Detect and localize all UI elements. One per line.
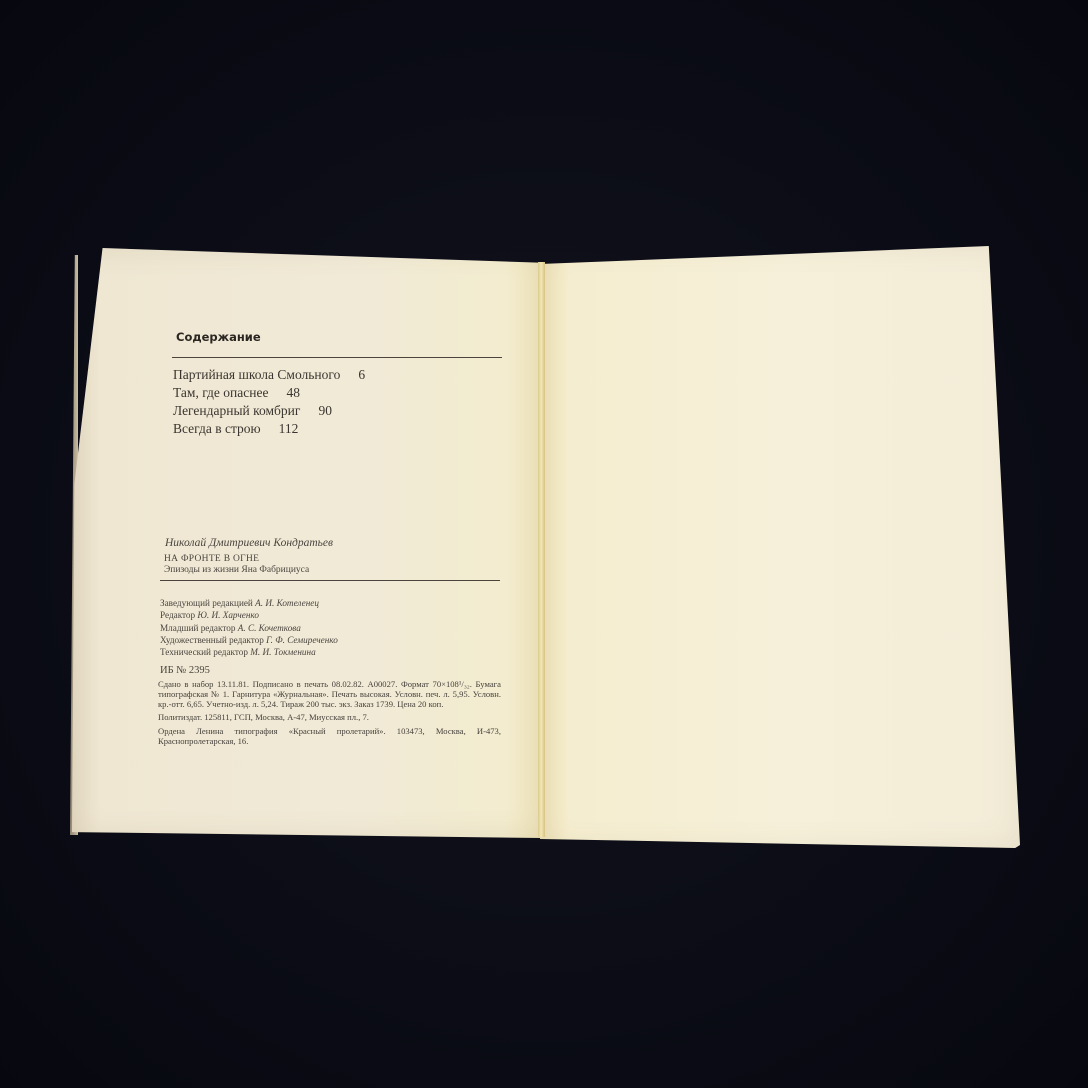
author-name: Николай Дмитриевич Кондратьев	[165, 537, 333, 549]
toc-item-page: 90	[318, 403, 332, 418]
toc-item-page: 6	[358, 367, 365, 382]
toc-item-page: 112	[279, 421, 299, 436]
toc-item-label: Партийная школа Смольного	[173, 367, 340, 382]
toc-item: Всегда в строю112	[173, 420, 365, 438]
book-subtitle: Эпизоды из жизни Яна Фабрициуса	[164, 565, 309, 575]
book-spine-gutter	[538, 262, 545, 837]
toc-item-label: Легендарный комбриг	[173, 403, 300, 418]
imprint-paragraph: Политиздат. 125811, ГСП, Москва, А-47, М…	[158, 713, 501, 723]
right-page-blank	[540, 246, 1020, 848]
photo-scene: Содержание Партийная школа Смольного6 Та…	[0, 0, 1088, 1088]
toc-item: Партийная школа Смольного6	[173, 366, 365, 384]
credit-line: Заведующий редакцией А. И. Котеленец	[160, 597, 338, 609]
toc-item-page: 48	[286, 385, 300, 400]
toc-item: Легендарный комбриг90	[173, 402, 365, 420]
credit-line: Художественный редактор Г. Ф. Семиреченк…	[160, 634, 338, 646]
toc-title: Содержание	[176, 330, 261, 344]
credit-line: Младший редактор А. С. Кочеткова	[160, 622, 338, 634]
imprint-paragraph: Сдано в набор 13.11.81. Подписано в печа…	[158, 680, 501, 709]
toc-list: Партийная школа Смольного6 Там, где опас…	[173, 366, 365, 438]
colophon-divider	[160, 580, 500, 581]
book-title: НА ФРОНТЕ В ОГНЕ	[164, 554, 259, 564]
toc-item: Там, где опаснее48	[173, 384, 365, 402]
toc-item-label: Всегда в строю	[173, 421, 261, 436]
imprint-paragraph: Ордена Ленина типография «Красный пролет…	[158, 727, 501, 747]
editorial-credits: Заведующий редакцией А. И. Котеленец Ред…	[160, 597, 338, 658]
toc-divider	[172, 357, 502, 358]
toc-item-label: Там, где опаснее	[173, 385, 268, 400]
ib-number: ИБ № 2395	[160, 665, 210, 676]
printing-imprint: Сдано в набор 13.11.81. Подписано в печа…	[158, 680, 501, 751]
credit-line: Технический редактор М. И. Токменина	[160, 646, 338, 658]
credit-line: Редактор Ю. И. Харченко	[160, 609, 338, 621]
